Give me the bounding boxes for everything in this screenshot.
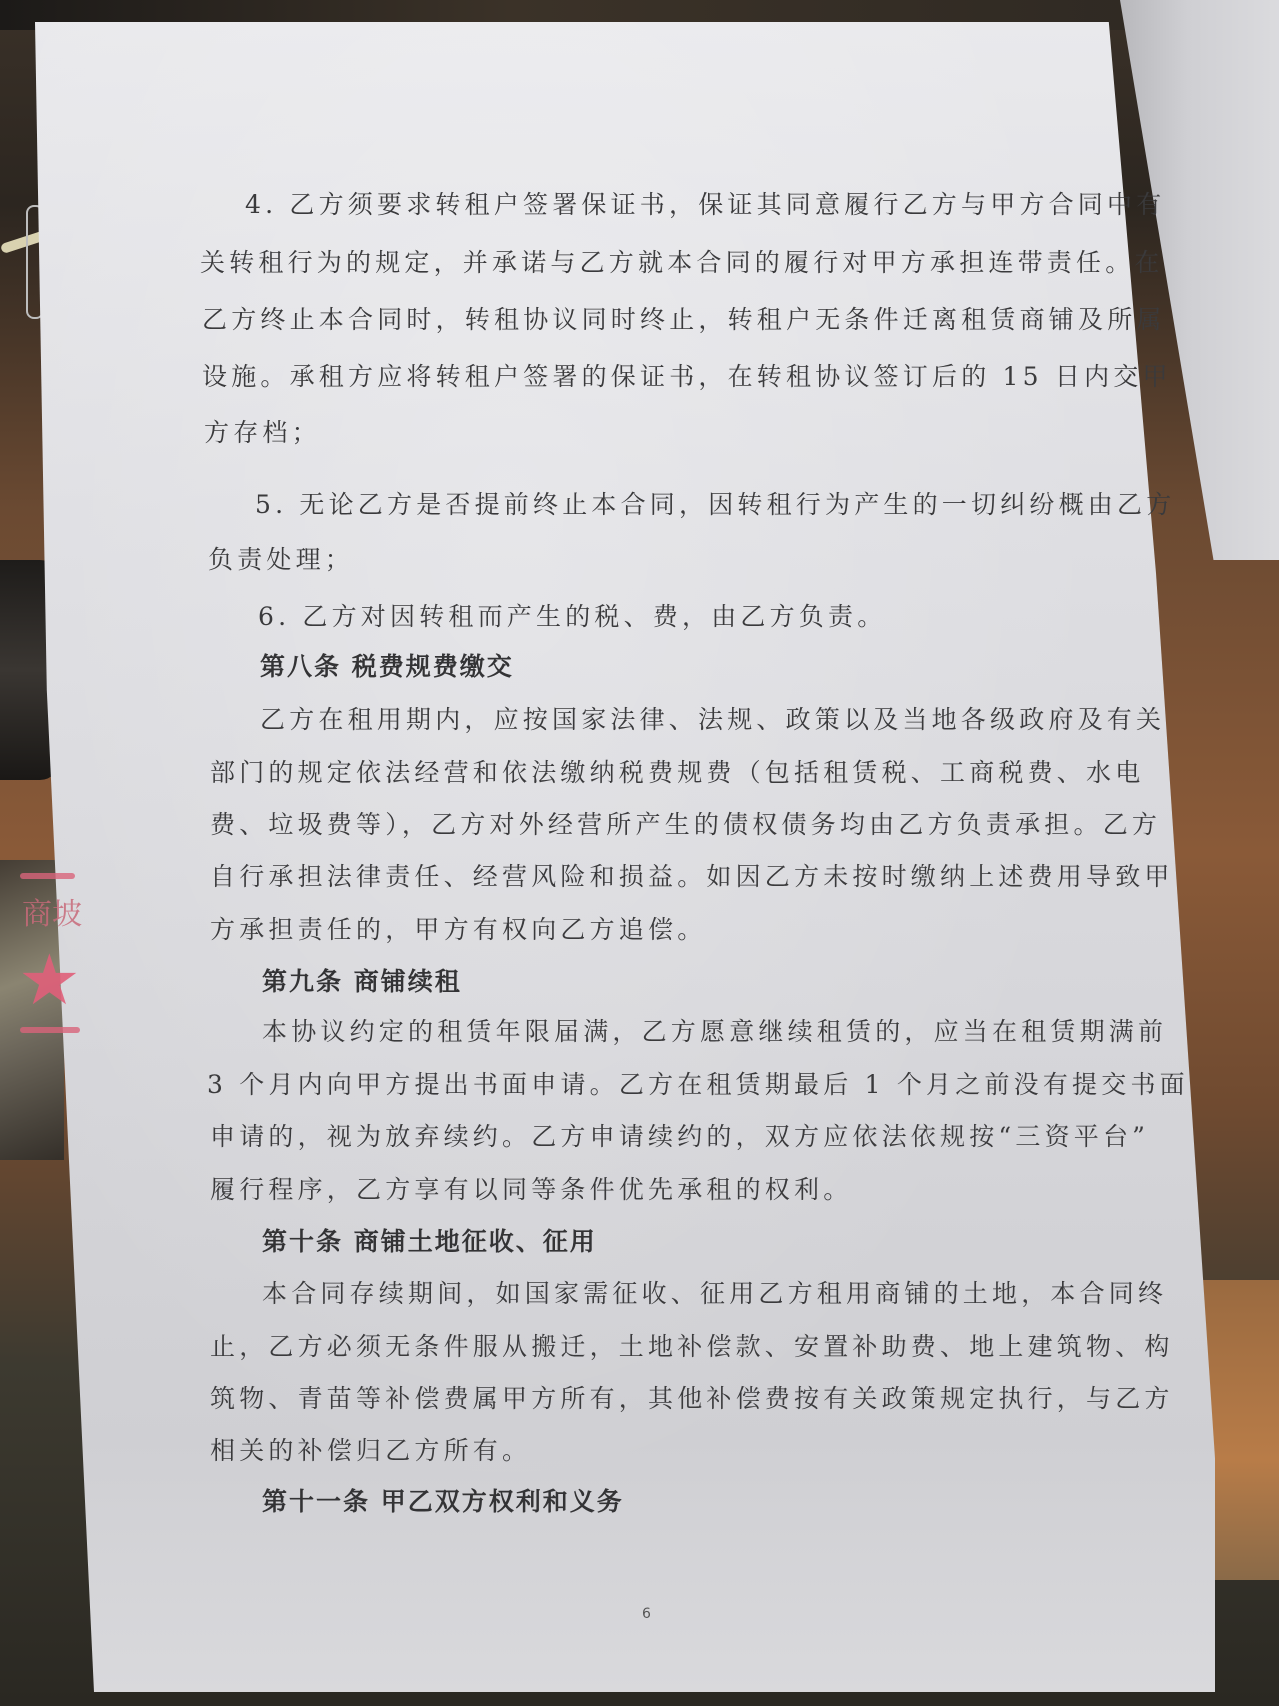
- paragraph-line: 设施。承租方应将转租户签署的保证书，在转租协议签订后的 15 日内交甲: [202, 362, 1172, 392]
- paragraph-line: 方存档；: [204, 418, 321, 448]
- section-heading: 第十条 商铺土地征收、征用: [262, 1227, 597, 1257]
- paragraph-line: 相关的补偿归乙方所有。: [210, 1436, 531, 1466]
- paragraph-line: 自行承担法律责任、经营风险和损益。如因乙方未按时缴纳上述费用导致甲: [210, 862, 1174, 892]
- paragraph-line: 方承担责任的，甲方有权向乙方追偿。: [210, 915, 706, 945]
- paragraph-line: 乙方在租用期内，应按国家法律、法规、政策以及当地各级政府及有关: [260, 705, 1165, 735]
- paragraph-line: 5. 无论乙方是否提前终止本合同，因转租行为产生的一切纠纷概由乙方: [255, 490, 1175, 520]
- paragraph-line: 部门的规定依法经营和依法缴纳税费规费（包括租赁税、工商税费、水电: [210, 758, 1144, 788]
- section-heading: 第九条 商铺续租: [262, 967, 462, 997]
- page-number: 6: [642, 1606, 651, 1622]
- paragraph-line: 履行程序，乙方享有以同等条件优先承租的权利。: [210, 1175, 852, 1205]
- paragraph-line: 6. 乙方对因转租而产生的税、费，由乙方负责。: [258, 602, 886, 632]
- paragraph-line: 费、垃圾费等），乙方对外经营所产生的债权债务均由乙方负责承担。乙方: [210, 810, 1161, 840]
- paragraph-line: 筑物、青苗等补偿费属甲方所有，其他补偿费按有关政策规定执行，与乙方: [210, 1384, 1174, 1414]
- paragraph-line: 申请的，视为放弃续约。乙方申请续约的，双方应依法依规按“三资平台”: [210, 1122, 1149, 1152]
- paragraph-line: 乙方终止本合同时，转租协议同时终止，转租户无条件迁离租赁商铺及所属: [202, 305, 1166, 335]
- paragraph-line: 关转租行为的规定，并承诺与乙方就本合同的履行对甲方承担连带责任。在: [200, 248, 1164, 278]
- paragraph-line: 3 个月内向甲方提出书面申请。乙方在租赁期最后 1 个月之前没有提交书面: [207, 1070, 1189, 1100]
- section-heading: 第十一条 甲乙双方权利和义务: [262, 1487, 624, 1517]
- paragraph-line: 负责处理；: [208, 545, 354, 575]
- paragraph-line: 本协议约定的租赁年限届满，乙方愿意继续租赁的，应当在租赁期满前: [262, 1017, 1167, 1047]
- paragraph-line: 4. 乙方须要求转租户签署保证书，保证其同意履行乙方与甲方合同中有: [245, 190, 1165, 220]
- section-heading: 第八条 税费规费缴交: [260, 652, 514, 682]
- document-text: 4. 乙方须要求转租户签署保证书，保证其同意履行乙方与甲方合同中有关转租行为的规…: [0, 0, 1279, 1706]
- paragraph-line: 止，乙方必须无条件服从搬迁，土地补偿款、安置补助费、地上建筑物、构: [210, 1332, 1174, 1362]
- paragraph-line: 本合同存续期间，如国家需征收、征用乙方租用商铺的土地，本合同终: [262, 1279, 1167, 1309]
